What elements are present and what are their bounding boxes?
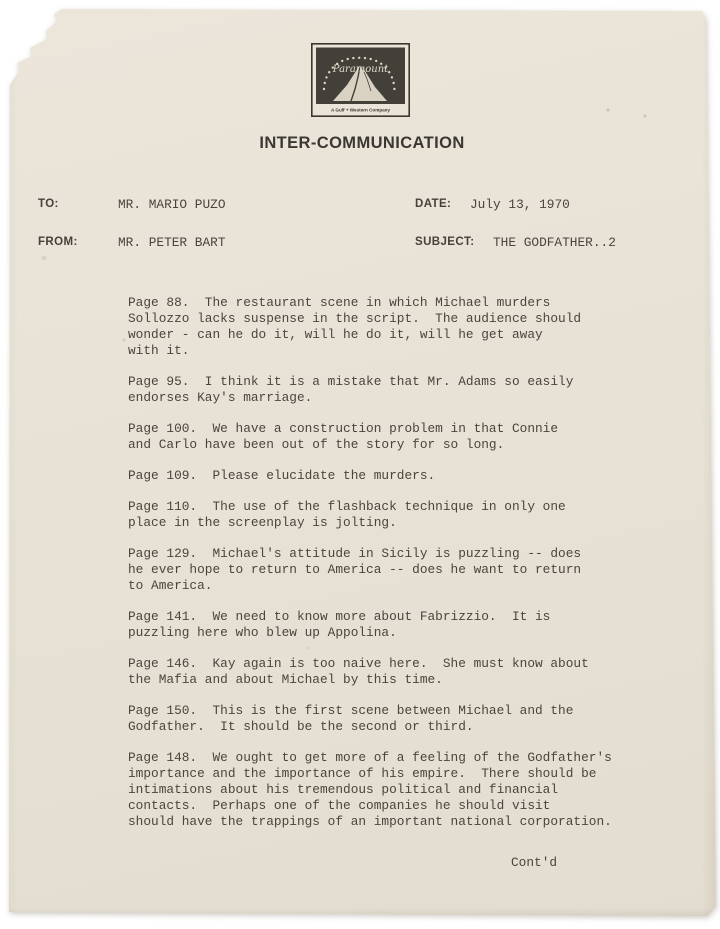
- from-value: MR. PETER BART: [118, 235, 226, 250]
- date-label: DATE:: [415, 198, 451, 210]
- memo-paragraph: Page 129. Michael's attitude in Sicily i…: [128, 546, 628, 594]
- logo-script-name: Paramount: [332, 64, 389, 75]
- memo-paragraph: Page 88. The restaurant scene in which M…: [128, 295, 628, 359]
- memo-paragraph: Page 148. We ought to get more of a feel…: [128, 750, 628, 830]
- memo-paragraph: Page 95. I think it is a mistake that Mr…: [128, 374, 628, 406]
- memo-paragraph: Page 146. Kay again is too naive here. S…: [128, 656, 628, 688]
- logo-tagline: A Gulf + Western Company: [331, 108, 391, 113]
- from-label: FROM:: [38, 236, 78, 248]
- memo-body: Page 88. The restaurant scene in which M…: [128, 295, 628, 845]
- subject-value: THE GODFATHER..2: [493, 235, 616, 250]
- form-title: INTER-COMMUNICATION: [8, 134, 716, 153]
- to-label: TO:: [38, 198, 59, 210]
- memo-paragraph: Page 109. Please elucidate the murders.: [128, 468, 628, 484]
- continuation-note: Cont'd: [511, 855, 557, 870]
- subject-label: SUBJECT:: [415, 236, 474, 248]
- to-value: MR. MARIO PUZO: [118, 197, 226, 212]
- scanned-memo: Paramount A Gulf + Western Company INTER…: [0, 0, 720, 929]
- paramount-logo: Paramount A Gulf + Western Company: [311, 43, 410, 117]
- memo-paragraph: Page 110. The use of the flashback techn…: [128, 499, 628, 531]
- memo-paper: Paramount A Gulf + Western Company INTER…: [8, 8, 716, 917]
- memo-paragraph: Page 100. We have a construction problem…: [128, 421, 628, 453]
- date-value: July 13, 1970: [470, 197, 570, 212]
- memo-paragraph: Page 141. We need to know more about Fab…: [128, 609, 628, 641]
- memo-paragraph: Page 150. This is the first scene betwee…: [128, 703, 628, 735]
